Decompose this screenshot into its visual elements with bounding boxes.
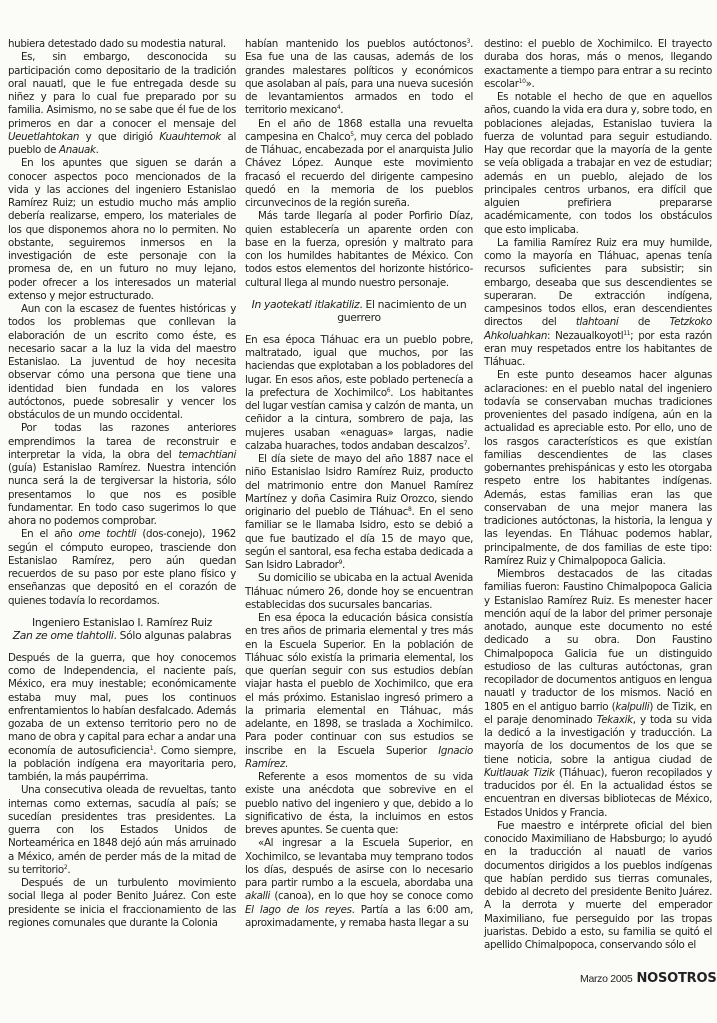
paragraph: Una consecutiva oleada de revueltas, tan… <box>8 784 236 877</box>
paragraph: Fue maestro e intérprete oficial del bie… <box>484 820 712 953</box>
paragraph: En los apuntes que siguen se darán a con… <box>8 157 236 303</box>
paragraph: El día siete de mayo del año 1887 nace e… <box>245 453 473 572</box>
section-heading-1: Ingeniero Estanislao I. Ramírez Ruiz Zan… <box>8 616 236 643</box>
issue-date: Marzo 2005 <box>580 973 632 985</box>
paragraph: hubiera detestado dado su modestia natur… <box>8 38 236 51</box>
column-1-body-after: Después de la guerra, que hoy conocemos … <box>8 652 236 930</box>
column-1-body: hubiera detestado dado su modestia natur… <box>8 38 236 608</box>
paragraph: habían mantenido los pueblos autóctonos3… <box>245 38 473 118</box>
paragraph: En este punto deseamos hacer algunas acl… <box>484 369 712 568</box>
paragraph: En el año de 1868 estalla una revuelta c… <box>245 118 473 211</box>
paragraph: Miembros destacados de las citadas famil… <box>484 568 712 820</box>
paragraph: destino: el pueblo de Xochimilco. El tra… <box>484 38 712 91</box>
paragraph: «Al ingresar a la Escuela Superior, en X… <box>245 837 473 930</box>
column-2-body-after: En esa época Tláhuac era un pueblo pobre… <box>245 334 473 930</box>
column-1: hubiera detestado dado su modestia natur… <box>8 38 236 930</box>
section-heading-2-text: In yaotekatl itlakatiliz. El nacimiento … <box>245 298 473 325</box>
column-3: destino: el pueblo de Xochimilco. El tra… <box>484 38 712 952</box>
paragraph: Después de la guerra, que hoy conocemos … <box>8 652 236 785</box>
section-heading-2: In yaotekatl itlakatiliz. El nacimiento … <box>245 298 473 325</box>
paragraph: Referente a esos momentos de su vida exi… <box>245 771 473 837</box>
paragraph: Es notable el hecho de que en aquellos a… <box>484 91 712 237</box>
column-2-body: habían mantenido los pueblos autóctonos3… <box>245 38 473 290</box>
paragraph: Por todas las razones anteriores emprend… <box>8 422 236 528</box>
paragraph: En esa época Tláhuac era un pueblo pobre… <box>245 334 473 453</box>
paragraph: La familia Ramírez Ruiz era muy humilde,… <box>484 237 712 370</box>
magazine-name: NOSOTROS <box>636 971 716 986</box>
paragraph: Aun con la escasez de fuentes históricas… <box>8 303 236 422</box>
section-heading-1-line1: Ingeniero Estanislao I. Ramírez Ruiz <box>8 616 236 630</box>
paragraph: Después de un turbulento movimiento soci… <box>8 877 236 930</box>
column-3-body: destino: el pueblo de Xochimilco. El tra… <box>484 38 712 952</box>
column-2: habían mantenido los pueblos autóctonos3… <box>245 38 473 930</box>
paragraph: Su domicilio se ubicaba en la actual Ave… <box>245 572 473 612</box>
section-heading-1-line2: Zan ze ome tlahtolli. Sólo algunas palab… <box>8 629 236 643</box>
paragraph: Es, sin embargo, desconocida su particip… <box>8 51 236 157</box>
paragraph: En esa época la educación básica consist… <box>245 612 473 771</box>
magazine-page: hubiera detestado dado su modestia natur… <box>0 0 717 1023</box>
page-footer: Marzo 2005 NOSOTROS 11 <box>580 970 717 986</box>
paragraph: En el año ome tochtli (dos-conejo), 1962… <box>8 528 236 608</box>
paragraph: Más tarde llegaría al poder Porfirio Día… <box>245 210 473 290</box>
